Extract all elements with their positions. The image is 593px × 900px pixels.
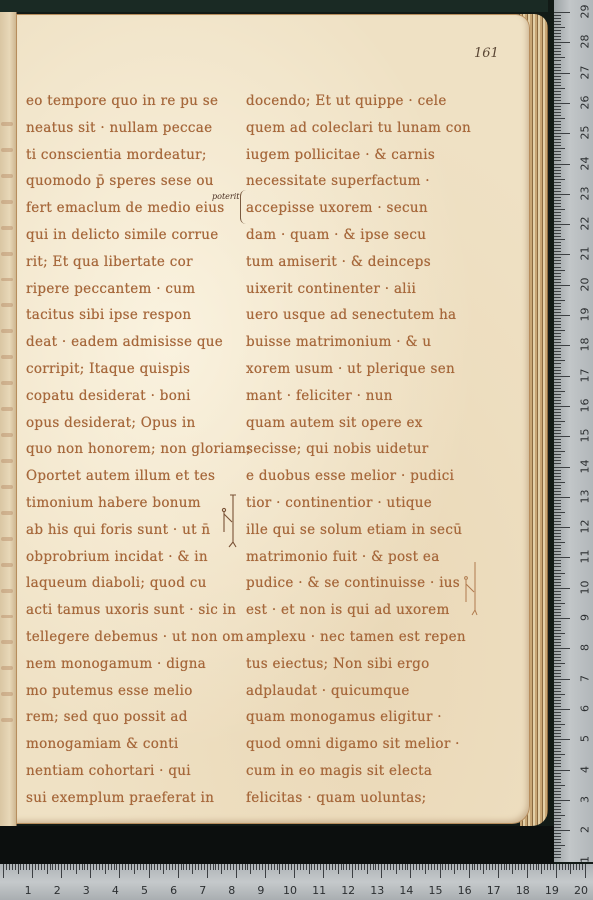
- ruler-tick: [413, 864, 414, 870]
- ruler-tick: [554, 288, 561, 289]
- ruler-tick: [554, 718, 561, 719]
- ruler-label: 8: [579, 639, 592, 657]
- ruler-tick: [554, 809, 561, 810]
- ruler-tick: [554, 367, 561, 368]
- ruler-tick: [554, 512, 565, 513]
- ruler-tick: [554, 279, 561, 280]
- ruler-tick: [268, 864, 269, 870]
- ruler-tick: [277, 864, 278, 870]
- ruler-tick: [554, 739, 570, 740]
- ruler-tick: [393, 864, 394, 870]
- text-line: nem monogamum · digna: [26, 651, 231, 678]
- ruler-tick: [585, 864, 586, 878]
- ruler-tick: [554, 173, 561, 174]
- ruler-tick: [554, 221, 561, 222]
- text-line: e duobus esse melior · pudici: [246, 463, 456, 490]
- ruler-tick: [489, 864, 490, 870]
- ruler-tick: [221, 864, 222, 874]
- ruler-tick: [554, 479, 561, 480]
- ruler-tick: [169, 864, 170, 870]
- ruler-tick: [554, 818, 561, 819]
- ruler-tick: [554, 97, 561, 98]
- ruler-tick: [554, 573, 565, 574]
- ruler-tick: [346, 864, 347, 870]
- ruler-label: 5: [136, 884, 154, 897]
- ruler-tick: [554, 354, 561, 355]
- ruler-tick: [554, 648, 570, 649]
- ruler-tick: [554, 270, 565, 271]
- ruler-tick: [554, 82, 561, 83]
- ruler-tick: [183, 864, 184, 870]
- ruler-tick: [554, 803, 561, 804]
- ruler-tick: [15, 864, 16, 870]
- ruler-tick: [556, 864, 557, 878]
- ruler-tick: [554, 70, 561, 71]
- ruler-tick: [457, 864, 458, 870]
- ruler-tick: [119, 864, 120, 878]
- ruler-tick: [149, 864, 150, 878]
- ruler-tick: [554, 242, 561, 243]
- ruler-tick: [79, 864, 80, 870]
- ruler-tick: [554, 133, 570, 134]
- text-line: rem; sed quo possit ad: [26, 704, 231, 731]
- ruler-label: 12: [339, 884, 357, 897]
- text-line: qui in delicto simile corrue: [26, 222, 231, 249]
- ruler-tick: [554, 12, 570, 13]
- ruler-tick: [554, 712, 561, 713]
- ruler-tick: [175, 864, 176, 870]
- ruler-tick: [554, 751, 561, 752]
- ruler-tick: [554, 409, 561, 410]
- ruler-tick: [554, 491, 561, 492]
- ruler-label: 14: [397, 884, 415, 897]
- ruler-tick: [554, 724, 565, 725]
- text-line: quomodo p̄ speres sese ou: [26, 168, 231, 195]
- ruler-tick: [375, 864, 376, 870]
- facing-page-text-ghost: [0, 122, 15, 722]
- ruler-tick: [218, 864, 219, 870]
- ruler-tick: [554, 488, 561, 489]
- horizontal-scale-ruler: 1234567891011121314151617181920: [0, 864, 593, 900]
- ruler-tick: [554, 536, 561, 537]
- ruler-tick: [554, 533, 561, 534]
- ruler-tick: [554, 500, 561, 501]
- ruler-tick: [554, 666, 561, 667]
- ruler-tick: [151, 864, 152, 870]
- ruler-tick: [285, 864, 286, 870]
- text-line: acti tamus uxoris sunt · sic in: [26, 597, 231, 624]
- ruler-tick: [554, 588, 570, 589]
- marginal-annotation: poterit: [212, 192, 239, 201]
- ruler-tick: [474, 864, 475, 870]
- ruler-tick: [82, 864, 83, 870]
- ruler-tick: [554, 563, 561, 564]
- ruler-tick: [282, 864, 283, 870]
- text-line: adplaudat · quicumque: [246, 678, 456, 705]
- ruler-tick: [178, 864, 179, 878]
- text-line: mo putemus esse melio: [26, 678, 231, 705]
- ruler-tick: [215, 864, 216, 870]
- ruler-tick: [554, 45, 561, 46]
- ruler-tick: [554, 527, 570, 528]
- ruler-label: 1: [19, 884, 37, 897]
- ruler-tick: [320, 864, 321, 870]
- ruler-tick: [554, 276, 561, 277]
- ruler-tick: [554, 57, 565, 58]
- ruler-tick: [554, 467, 570, 468]
- ruler-tick: [195, 864, 196, 870]
- ruler-tick: [554, 54, 561, 55]
- ruler-tick: [554, 448, 561, 449]
- ruler-tick: [396, 864, 397, 874]
- ruler-tick: [343, 864, 344, 870]
- ruler-tick: [554, 506, 561, 507]
- nota-mark-icon: [462, 560, 480, 616]
- ruler-tick: [44, 864, 45, 870]
- ruler-tick: [554, 203, 561, 204]
- ruler-tick: [326, 864, 327, 870]
- ruler-label: 2: [579, 821, 592, 839]
- ruler-tick: [554, 139, 561, 140]
- ruler-tick: [378, 864, 379, 870]
- ruler-tick: [61, 864, 62, 878]
- text-line: ille qui se solum etiam in secū: [246, 517, 456, 544]
- ruler-tick: [201, 864, 202, 870]
- ruler-tick: [554, 597, 561, 598]
- ruler-tick: [554, 736, 561, 737]
- ruler-tick: [76, 864, 77, 874]
- ruler-label: 18: [514, 884, 532, 897]
- ruler-label: 25: [579, 124, 592, 142]
- ruler-tick: [554, 836, 561, 837]
- ruler-tick: [314, 864, 315, 870]
- ruler-tick: [367, 864, 368, 874]
- ruler-tick: [554, 391, 565, 392]
- ruler-tick: [554, 603, 565, 604]
- ruler-label: 7: [194, 884, 212, 897]
- ruler-tick: [157, 864, 158, 870]
- ruler-tick: [554, 306, 561, 307]
- ruler-tick: [233, 864, 234, 870]
- ruler-tick: [554, 621, 561, 622]
- ruler-tick: [122, 864, 123, 870]
- ruler-tick: [554, 676, 561, 677]
- ruler-tick: [554, 424, 561, 425]
- text-line: sui exemplum praeferat in: [26, 785, 231, 812]
- ruler-tick: [554, 303, 561, 304]
- ruler-tick: [247, 864, 248, 870]
- ruler-tick: [554, 839, 561, 840]
- text-line: tior · continentior · utique: [246, 490, 456, 517]
- ruler-label: 9: [579, 609, 592, 627]
- ruler-tick: [554, 127, 561, 128]
- text-line: necessitate superfactum ·: [246, 168, 456, 195]
- ruler-tick: [554, 191, 561, 192]
- ruler-tick: [84, 864, 85, 870]
- ruler-tick: [460, 864, 461, 870]
- ruler-tick: [93, 864, 94, 870]
- ruler-tick: [554, 609, 561, 610]
- ruler-tick: [26, 864, 27, 870]
- text-line: docendo; Et ut quippe · cele: [246, 88, 456, 115]
- ruler-tick: [554, 657, 561, 658]
- ruler-tick: [554, 418, 561, 419]
- ruler-tick: [554, 733, 561, 734]
- ruler-tick: [554, 642, 561, 643]
- ruler-tick: [554, 336, 561, 337]
- ruler-tick: [554, 345, 570, 346]
- ruler-tick: [291, 864, 292, 870]
- ruler-tick: [554, 827, 561, 828]
- ruler-tick: [554, 291, 561, 292]
- ruler-tick: [554, 788, 561, 789]
- ruler-tick: [554, 663, 565, 664]
- ruler-tick: [370, 864, 371, 870]
- ruler-tick: [554, 766, 561, 767]
- ruler-tick: [554, 206, 561, 207]
- ruler-tick: [134, 864, 135, 874]
- ruler-tick: [554, 33, 561, 34]
- ruler-tick: [108, 864, 109, 870]
- text-line: opus desiderat; Opus in: [26, 410, 231, 437]
- ruler-tick: [288, 864, 289, 870]
- ruler-tick: [554, 121, 561, 122]
- ruler-tick: [146, 864, 147, 870]
- ruler-tick: [554, 497, 570, 498]
- ruler-tick: [554, 697, 561, 698]
- ruler-tick: [554, 309, 561, 310]
- ruler-label: 15: [579, 427, 592, 445]
- ruler-tick: [554, 109, 561, 110]
- ruler-tick: [554, 639, 561, 640]
- ruler-tick: [554, 88, 565, 89]
- ruler-tick: [373, 864, 374, 870]
- ruler-tick: [294, 864, 295, 878]
- ruler-label: 7: [579, 669, 592, 687]
- ruler-tick: [554, 15, 561, 16]
- ruler-tick: [518, 864, 519, 870]
- ruler-tick: [565, 864, 566, 870]
- ruler-tick: [262, 864, 263, 870]
- ruler-tick: [554, 460, 561, 461]
- ruler-tick: [469, 864, 470, 878]
- ruler-tick: [554, 64, 561, 65]
- ruler-tick: [512, 864, 513, 874]
- ruler-tick: [186, 864, 187, 870]
- ruler-tick: [271, 864, 272, 870]
- nota-mark-icon: [220, 492, 238, 548]
- ruler-label: 3: [77, 884, 95, 897]
- ruler-tick: [329, 864, 330, 870]
- text-line: est · et non is qui ad uxorem: [246, 597, 456, 624]
- text-column-left: eo tempore quo in re pu seneatus sit · n…: [26, 88, 231, 812]
- ruler-tick: [554, 482, 565, 483]
- ruler-tick: [554, 318, 561, 319]
- ruler-tick: [338, 864, 339, 874]
- ruler-tick: [554, 18, 561, 19]
- ruler-label: 6: [579, 699, 592, 717]
- ruler-tick: [554, 579, 561, 580]
- ruler-tick: [554, 160, 561, 161]
- ruler-tick: [70, 864, 71, 870]
- ruler-tick: [554, 721, 561, 722]
- ruler-tick: [554, 566, 561, 567]
- ruler-tick: [554, 397, 561, 398]
- ruler-label: 2: [48, 884, 66, 897]
- ruler-label: 10: [281, 884, 299, 897]
- ruler-tick: [544, 864, 545, 870]
- ruler-tick: [407, 864, 408, 870]
- ruler-tick: [381, 864, 382, 878]
- ruler-tick: [317, 864, 318, 870]
- ruler-tick: [300, 864, 301, 870]
- ruler-tick: [554, 754, 565, 755]
- ruler-tick: [554, 21, 561, 22]
- ruler-tick: [554, 342, 561, 343]
- ruler-tick: [32, 864, 33, 878]
- ruler-tick: [554, 842, 561, 843]
- ruler-tick: [154, 864, 155, 870]
- ruler-tick: [554, 36, 561, 37]
- ruler-label: 22: [579, 215, 592, 233]
- ruler-tick: [554, 742, 561, 743]
- ruler-tick: [163, 864, 164, 874]
- ruler-tick: [554, 67, 561, 68]
- ruler-tick: [41, 864, 42, 870]
- ruler-tick: [434, 864, 435, 870]
- ruler-tick: [463, 864, 464, 870]
- ruler-tick: [554, 321, 561, 322]
- ruler-tick: [50, 864, 51, 870]
- ruler-label: 3: [579, 790, 592, 808]
- ruler-tick: [554, 230, 561, 231]
- ruler-tick: [332, 864, 333, 870]
- ruler-tick: [554, 848, 561, 849]
- ruler-tick: [554, 457, 561, 458]
- text-line: laqueum diaboli; quod cu: [26, 570, 231, 597]
- ruler-tick: [554, 606, 561, 607]
- ruler-tick: [20, 864, 21, 870]
- ruler-tick: [554, 170, 561, 171]
- ruler-tick: [554, 360, 565, 361]
- ruler-tick: [52, 864, 53, 870]
- ruler-tick: [554, 248, 561, 249]
- ruler-tick: [554, 224, 570, 225]
- ruler-label: 4: [579, 760, 592, 778]
- ruler-tick: [230, 864, 231, 870]
- ruler-tick: [419, 864, 420, 870]
- marginal-bracket: [240, 190, 247, 224]
- ruler-tick: [554, 821, 561, 822]
- ruler-tick: [486, 864, 487, 870]
- ruler-tick: [504, 864, 505, 870]
- ruler-tick: [554, 194, 570, 195]
- text-line: mant · feliciter · nun: [246, 383, 456, 410]
- ruler-tick: [530, 864, 531, 870]
- ruler-tick: [554, 218, 561, 219]
- ruler-tick: [527, 864, 528, 878]
- ruler-label: 14: [579, 457, 592, 475]
- ruler-tick: [554, 79, 561, 80]
- ruler-tick: [245, 864, 246, 870]
- ruler-tick: [554, 136, 561, 137]
- text-line: quo non honorem; non gloriam;: [26, 436, 231, 463]
- ruler-tick: [554, 254, 570, 255]
- ruler-tick: [431, 864, 432, 870]
- ruler-tick: [349, 864, 350, 870]
- ruler-tick: [498, 864, 499, 878]
- ruler-tick: [554, 515, 561, 516]
- ruler-tick: [554, 709, 570, 710]
- ruler-tick: [554, 806, 561, 807]
- ruler-tick: [554, 857, 561, 858]
- ruler-tick: [554, 770, 570, 771]
- ruler-label: 16: [579, 396, 592, 414]
- ruler-tick: [554, 782, 561, 783]
- ruler-tick: [554, 385, 561, 386]
- ruler-tick: [554, 91, 561, 92]
- ruler-tick: [335, 864, 336, 870]
- ruler-tick: [554, 330, 565, 331]
- text-line: uixerit continenter · alii: [246, 276, 456, 303]
- ruler-label: 15: [427, 884, 445, 897]
- ruler-tick: [105, 864, 106, 874]
- ruler-tick: [554, 60, 561, 61]
- vertical-scale-ruler: 2928272625242322212019181716151413121110…: [554, 0, 593, 862]
- ruler-label: 19: [543, 884, 561, 897]
- ruler-tick: [64, 864, 65, 870]
- ruler-tick: [554, 267, 561, 268]
- ruler-tick: [554, 570, 561, 571]
- text-line: quem ad coleclari tu lunam con: [246, 115, 456, 142]
- ruler-tick: [554, 470, 561, 471]
- ruler-tick: [364, 864, 365, 870]
- ruler-tick: [582, 864, 583, 870]
- ruler-tick: [554, 212, 561, 213]
- ruler-tick: [554, 824, 561, 825]
- ruler-tick: [554, 485, 561, 486]
- ruler-tick: [425, 864, 426, 874]
- ruler-tick: [210, 864, 211, 870]
- ruler-tick: [554, 400, 561, 401]
- ruler-tick: [445, 864, 446, 870]
- ruler-tick: [554, 176, 561, 177]
- ruler-tick: [554, 406, 570, 407]
- ruler-tick: [554, 73, 570, 74]
- ruler-tick: [554, 542, 565, 543]
- ruler-tick: [554, 421, 565, 422]
- ruler-tick: [3, 864, 4, 878]
- ruler-tick: [207, 864, 208, 878]
- folio-number: 161: [474, 46, 499, 61]
- ruler-tick: [554, 582, 561, 583]
- text-line: iugem pollicitae · & carnis: [246, 142, 456, 169]
- ruler-tick: [279, 864, 280, 874]
- ruler-tick: [554, 812, 561, 813]
- ruler-tick: [440, 864, 441, 878]
- ruler-tick: [554, 451, 565, 452]
- ruler-tick: [213, 864, 214, 870]
- ruler-tick: [554, 706, 561, 707]
- ruler-tick: [437, 864, 438, 870]
- ruler-tick: [515, 864, 516, 870]
- ruler-tick: [554, 112, 561, 113]
- text-line: quod omni digamo sit melior ·: [246, 731, 456, 758]
- ruler-tick: [554, 654, 561, 655]
- ruler-tick: [554, 154, 561, 155]
- ruler-tick: [554, 757, 561, 758]
- ruler-tick: [554, 236, 561, 237]
